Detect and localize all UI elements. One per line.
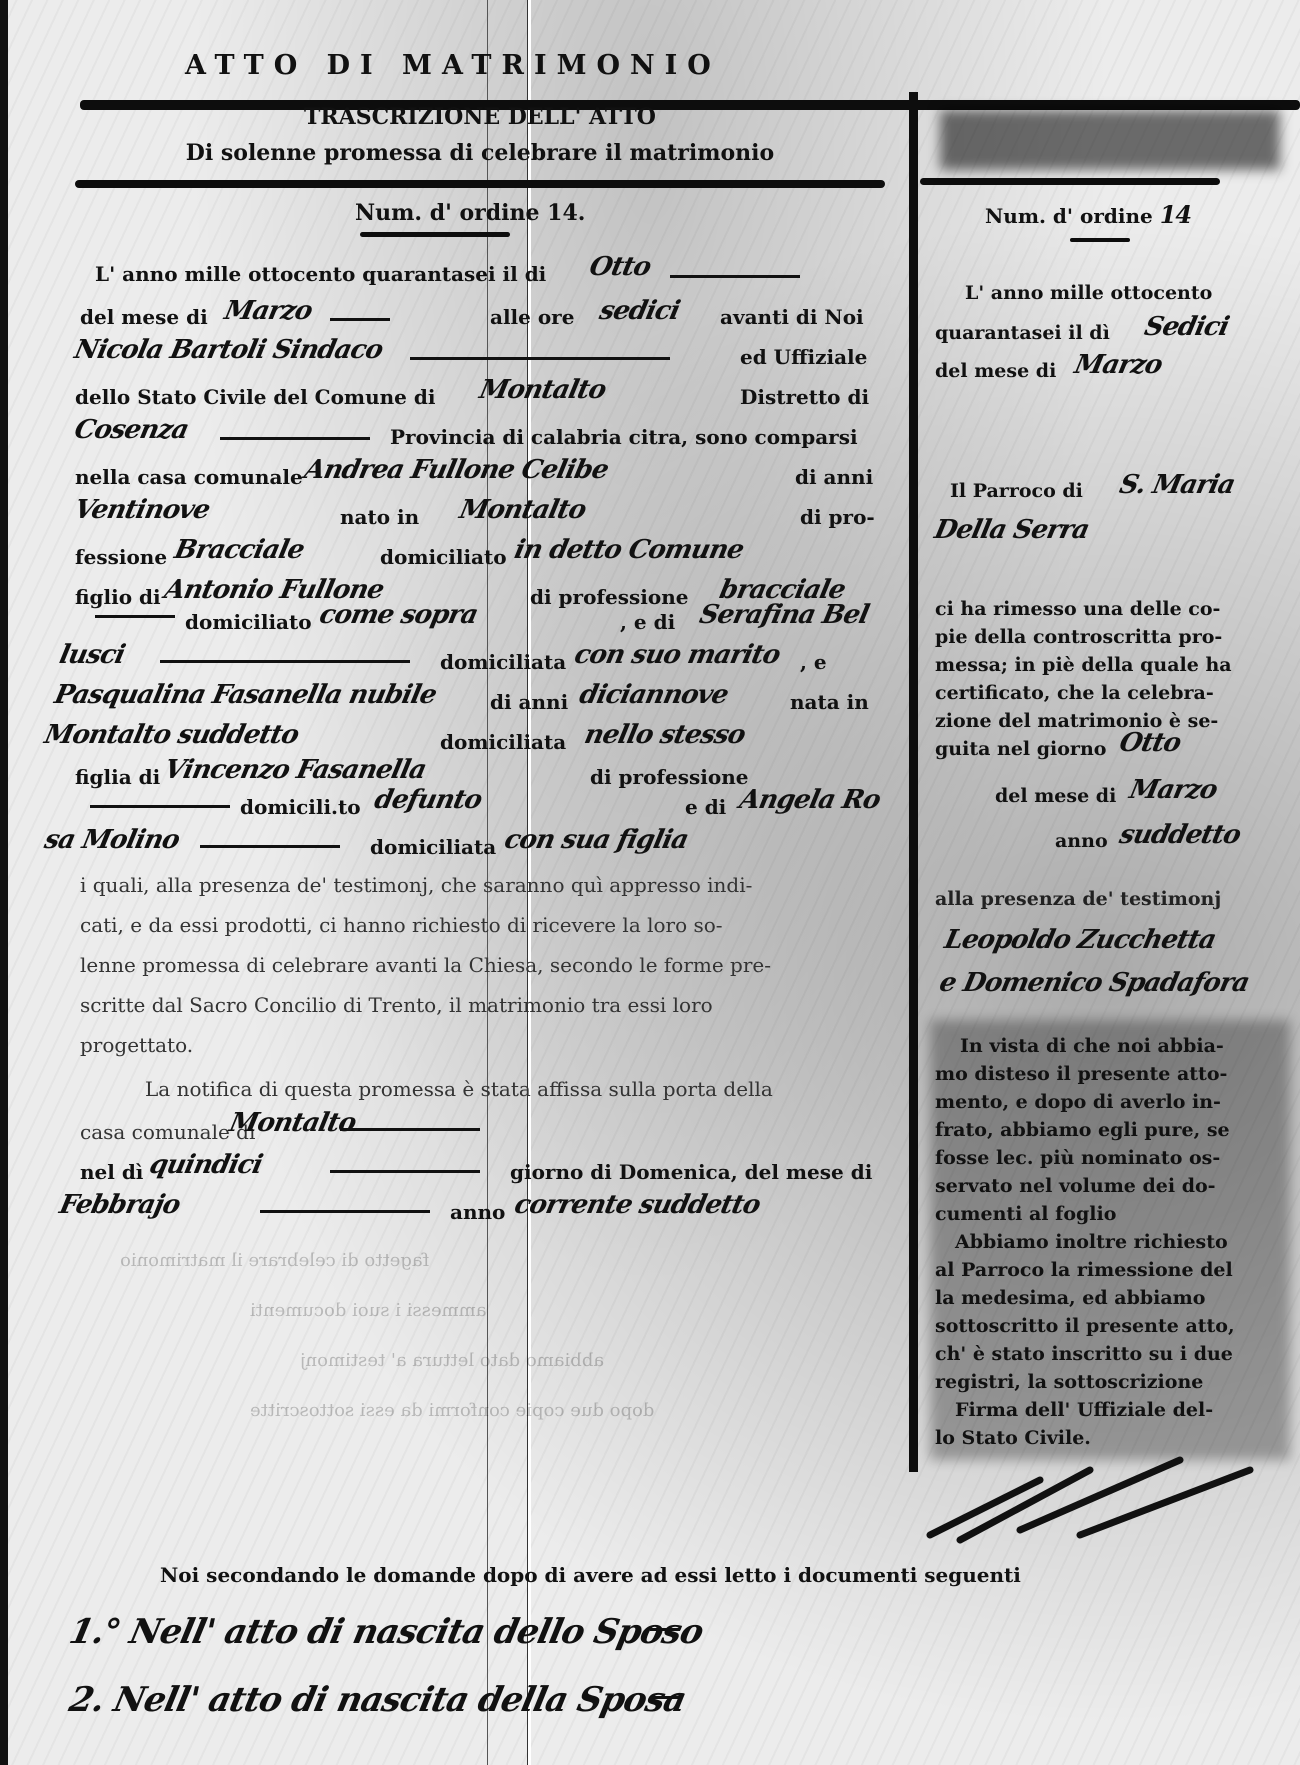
right-header-shadow [940, 110, 1280, 170]
right-closing-line: cumenti al foglio [935, 1203, 1116, 1225]
right-hand-celebration-year: suddetto [1117, 820, 1243, 850]
label-father-profession: di professione [530, 585, 688, 609]
paragraph-line: lenne promessa di celebrare avanti la Ch… [80, 953, 771, 977]
right-text-line: certificato, che la celebra- [935, 682, 1214, 704]
label-born: nato in [340, 505, 419, 529]
right-header-rule [920, 178, 1220, 185]
hand-month: Marzo [222, 296, 315, 326]
paragraph-line: i quali, alla presenza de' testimonj, ch… [80, 873, 752, 897]
dash [200, 845, 340, 848]
bleed-through-text: abbiamo dato lettura a' testimonj [300, 1350, 604, 1371]
right-hand-celebration-month: Marzo [1127, 775, 1220, 805]
right-hand-parish-1: S. Maria [1117, 470, 1237, 500]
label-daughter-of: figlia di [75, 765, 160, 789]
label-and-of-2: e di [685, 795, 726, 819]
dash [160, 660, 410, 663]
hand-notice-day: quindici [147, 1150, 265, 1180]
label-bride-father-domicile: domicili.to [240, 795, 361, 819]
hand-day: Otto [587, 252, 653, 282]
right-hand-month: Marzo [1072, 350, 1165, 380]
hand-commune: Montalto [477, 375, 609, 405]
label-district: Distretto di [740, 385, 869, 409]
dash [95, 615, 175, 618]
label-age: di anni [795, 465, 873, 489]
dash [260, 1210, 430, 1213]
hand-notice-year: corrente suddetto [512, 1190, 763, 1220]
hand-bride-mother-domicile: con sua figlia [502, 825, 691, 855]
right-hand-day: Sedici [1142, 312, 1231, 342]
hand-bride-domicile: nello stesso [582, 720, 748, 750]
hand-notice-month: Febbrajo [57, 1190, 183, 1220]
right-order-underline [1070, 238, 1130, 242]
hand-bride-age: diciannove [577, 680, 731, 710]
right-text-line: ci ha rimesso una delle co- [935, 598, 1220, 620]
right-hand-witness-1: Leopoldo Zucchetta [942, 925, 1218, 955]
right-year-label: quarantasei il dì [935, 322, 1110, 344]
paragraph-line: La notifica di questa promessa è stata a… [145, 1077, 773, 1101]
hand-notice-commune: Montalto [227, 1108, 359, 1138]
dash [330, 318, 390, 321]
right-closing-line: al Parroco la rimessione del [935, 1259, 1233, 1281]
hand-officer: Nicola Bartoli Sindaco [72, 335, 385, 365]
order-underline [360, 232, 510, 237]
dash [220, 437, 370, 440]
bottom-item-1: 1.° Nell' atto di nascita dello Sposo [66, 1612, 707, 1652]
label-notice-day: nel dì [80, 1160, 143, 1184]
hand-mother-surname: lusci [57, 640, 128, 670]
label-sunday: giorno di Domenica, del mese di [510, 1160, 872, 1184]
right-closing-line: frato, abbiamo egli pure, se [935, 1119, 1230, 1141]
hand-mother-domicile: con suo marito [572, 640, 783, 670]
label-mother-domicile: domiciliata [440, 650, 566, 674]
right-closing-line: mo disteso il presente atto- [935, 1063, 1227, 1085]
hand-bride-father: Vincenzo Fasanella [162, 755, 429, 785]
right-order-number: Num. d' ordine 14 [985, 200, 1191, 229]
hand-groom-domicile: in detto Comune [512, 535, 746, 565]
right-text-line: guita nel giorno [935, 738, 1106, 760]
hand-bride-mother: Angela Ro [737, 785, 883, 815]
right-hand-parish-2: Della Serra [932, 515, 1092, 545]
header-rule-bottom [75, 180, 885, 188]
dash [410, 357, 670, 360]
bleed-through-text: dopo due copie conformi da essi sottoscr… [250, 1400, 654, 1421]
label-bride-father-profession: di professione [590, 765, 748, 789]
hand-bride-father-domicile: defunto [372, 785, 484, 815]
signature-flourish-icon [920, 1440, 1300, 1550]
paragraph-line: scritte dal Sacro Concilio di Trento, il… [80, 993, 713, 1017]
dash [650, 1696, 680, 1699]
right-closing-line: registri, la sottoscrizione [935, 1371, 1203, 1393]
bleed-through-text: ammessi i suoi documenti [250, 1300, 486, 1321]
right-hand-witness-2: e Domenico Spadafora [937, 968, 1252, 998]
label-profession-start: di pro- [800, 505, 875, 529]
hand-bride: Pasqualina Fasanella nubile [52, 680, 439, 710]
hand-groom-age: Ventinove [72, 495, 212, 525]
right-closing-line: ch' è stato inscritto su i due [935, 1343, 1233, 1365]
dash [330, 1170, 480, 1173]
label-and: , e [800, 650, 827, 674]
label-profession-end: fessione [75, 545, 167, 569]
order-number-value: 14. [547, 200, 585, 226]
line-year: L' anno mille ottocento quarantasei il d… [95, 262, 546, 286]
bottom-item-2: 2. Nell' atto di nascita della Sposa [66, 1680, 689, 1720]
hand-groom-mother: Serafina Bel [697, 600, 872, 630]
label-and-of: , e di [620, 610, 675, 634]
hand-groom: Andrea Fullone Celibe [302, 455, 611, 485]
right-closing-line: sottoscritto il presente atto, [935, 1315, 1235, 1337]
label-before-us: avanti di Noi [720, 305, 864, 329]
label-domiciled: domiciliato [380, 545, 507, 569]
column-divider [909, 92, 918, 1472]
order-number-label: Num. d' ordine [355, 200, 539, 226]
hand-hour: sedici [597, 296, 682, 326]
order-number: Num. d' ordine 14. [355, 200, 585, 226]
right-closing-line: la medesima, ed abbiamo [935, 1287, 1205, 1309]
label-son-of: figlio di [75, 585, 161, 609]
subtitle-transcription: TRASCRIZIONE DELL' ATTO [200, 104, 760, 130]
right-order-label: Num. d' ordine [985, 204, 1153, 228]
right-closing-line: Firma dell' Uffiziale del- [955, 1399, 1213, 1421]
dash [340, 1128, 480, 1131]
right-closing-line: fosse lec. più nominato os- [935, 1147, 1220, 1169]
label-officer: ed Uffiziale [740, 345, 867, 369]
hand-birthplace: Montalto [457, 495, 589, 525]
label-notice-year: anno [450, 1200, 505, 1224]
page-edge [0, 0, 8, 1765]
label-bride-age: di anni [490, 690, 568, 714]
right-order-value: 14 [1160, 200, 1191, 229]
document-title: ATTO DI MATRIMONIO [185, 50, 721, 81]
label-town-hall: nella casa comunale [75, 465, 303, 489]
label-bride-mother-domicile: domiciliata [370, 835, 496, 859]
right-text-line: pie della controscritta pro- [935, 626, 1222, 648]
dash [670, 275, 800, 278]
right-witness-intro: alla presenza de' testimonj [935, 888, 1221, 910]
paragraph-line: progettato. [80, 1033, 193, 1057]
bleed-through-text: fagetto di celebrare il matrimonio [120, 1250, 429, 1271]
label-father-domicile: domiciliato [185, 610, 312, 634]
hand-bride-birthplace: Montalto suddetto [42, 720, 301, 750]
label-bride-domicile: domiciliata [440, 730, 566, 754]
dash [90, 805, 230, 808]
hand-groom-profession: Bracciale [172, 535, 307, 565]
right-parroco-label: Il Parroco di [950, 480, 1083, 502]
right-celebration-month-label: del mese di [995, 785, 1116, 807]
label-month: del mese di [80, 305, 208, 329]
right-closing-line: In vista di che noi abbia- [960, 1035, 1224, 1057]
paragraph-line: cati, e da essi prodotti, ci hanno richi… [80, 913, 723, 937]
right-month-label: del mese di [935, 360, 1056, 382]
bottom-printed-line: Noi secondando le domande dopo di avere … [160, 1563, 1021, 1587]
right-celebration-year-label: anno [1055, 830, 1108, 852]
right-text-line: messa; in piè della quale ha [935, 654, 1232, 676]
label-born-f: nata in [790, 690, 869, 714]
label-commune: dello Stato Civile del Comune di [75, 385, 435, 409]
label-hour: alle ore [490, 305, 574, 329]
document-page: ATTO DI MATRIMONIO TRASCRIZIONE DELL' AT… [0, 0, 1300, 1765]
right-year-line: L' anno mille ottocento [965, 282, 1212, 304]
subtitle-promise: Di solenne promessa di celebrare il matr… [140, 140, 820, 166]
hand-bride-mother-surname: sa Molino [42, 825, 182, 855]
label-province: Provincia di calabria citra, sono compar… [390, 425, 858, 449]
right-hand-celebration-day: Otto [1117, 728, 1183, 758]
hand-district: Cosenza [72, 415, 191, 445]
right-closing-line: mento, e dopo di averlo in- [935, 1091, 1221, 1113]
right-closing-line: Abbiamo inoltre richiesto [955, 1231, 1228, 1253]
hand-father-domicile: come sopra [317, 600, 480, 630]
dash [650, 1628, 680, 1631]
right-closing-line: servato nel volume dei do- [935, 1175, 1216, 1197]
